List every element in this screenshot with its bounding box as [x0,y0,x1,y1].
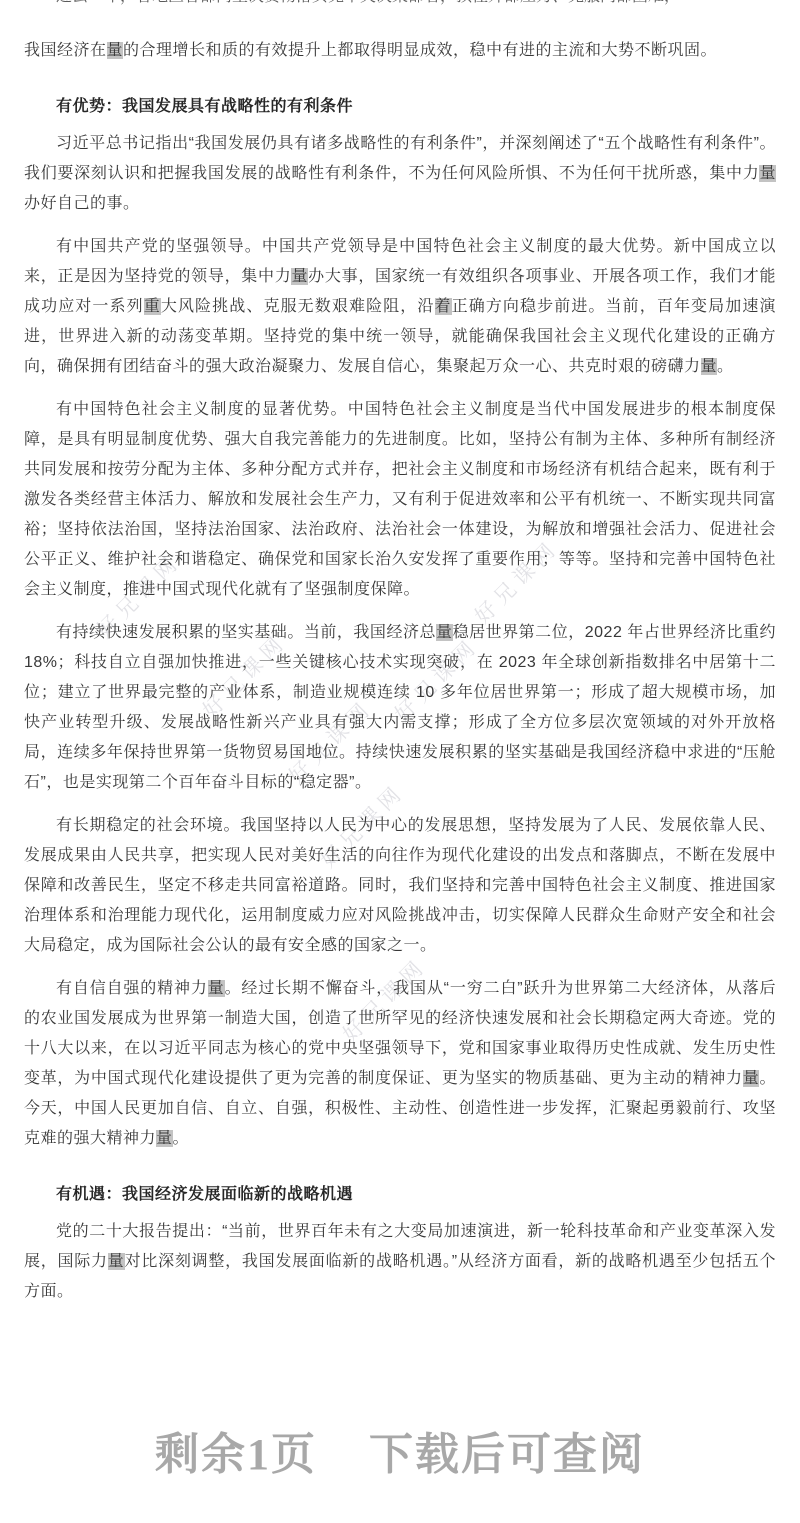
paragraph: 习近平总书记指出“我国发展仍具有诸多战略性的有利条件”，并深刻阐述了“五个战略性… [24,129,776,219]
highlighted-character: 量 [107,42,124,59]
remaining-pages-banner: 剩余1页下载后可查阅 [0,1418,800,1482]
remaining-pages-label: 剩余1页 [155,1430,317,1479]
text-run: 有自信自强的精神力 [56,980,208,997]
highlighted-character: 量 [701,358,718,375]
text-run: 我国经济在 [24,42,107,59]
highlighted-character: 量 [759,165,776,182]
highlighted-character: 量 [156,1130,173,1147]
paragraph: 有持续快速发展积累的坚实基础。当前，我国经济总量稳居世界第二位，2022 年占世… [24,618,776,798]
download-hint-label: 下载后可查阅 [369,1430,645,1479]
paragraph: 有自信自强的精神力量。经过长期不懈奋斗，我国从“一穷二白”跃升为世界第二大经济体… [24,974,776,1154]
highlighted-character: 量 [108,1253,125,1270]
highlighted-character: 量 [436,624,453,641]
clipped-top-line: 过去一年，各地区各部门坚决贯彻落实党中央决策部署，顶住外部压力、克服内部困难， [24,0,776,7]
highlighted-character: 量 [743,1070,760,1087]
highlighted-character: 量 [291,268,308,285]
text-run: 稳居世界第二位，2022 年占世界经济比重约 18%；科技自立自强加快推进，一些… [24,624,776,791]
text-run: 大风险挑战、克服无数艰难险阻，沿 [161,298,435,315]
highlighted-character: 着 [435,298,452,315]
paragraph-intro: 我国经济在量的合理增长和质的有效提升上都取得明显成效，稳中有进的主流和大势不断巩… [24,36,776,66]
text-run: 的合理增长和质的有效提升上都取得明显成效，稳中有进的主流和大势不断巩固。 [123,42,717,59]
paragraph: 有中国特色社会主义制度的显著优势。中国特色社会主义制度是当代中国发展进步的根本制… [24,395,776,605]
section-heading-advantages: 有优势：我国发展具有战略性的有利条件 [24,93,776,116]
text-run: 习近平总书记指出“我国发展仍具有诸多战略性的有利条件”，并深刻阐述了“五个战略性… [24,135,776,182]
paragraph: 有中国共产党的坚强领导。中国共产党领导是中国特色社会主义制度的最大优势。新中国成… [24,232,776,382]
text-run: 有中国特色社会主义制度的显著优势。中国特色社会主义制度是当代中国发展进步的根本制… [24,401,776,598]
text-run: 有持续快速发展积累的坚实基础。当前，我国经济总 [56,624,436,641]
document-page: 过去一年，各地区各部门坚决贯彻落实党中央决策部署，顶住外部压力、克服内部困难， … [0,0,800,1307]
paragraph: 有长期稳定的社会环境。我国坚持以人民为中心的发展思想，坚持发展为了人民、发展依靠… [24,811,776,961]
section-heading-opportunities: 有机遇：我国经济发展面临新的战略机遇 [24,1181,776,1204]
text-run: 办好自己的事。 [24,195,140,212]
highlighted-character: 量 [208,980,225,997]
clipped-line-text: 过去一年，各地区各部门坚决贯彻落实党中央决策部署，顶住外部压力、克服内部困难， [24,0,776,7]
text-run: 对比深刻调整，我国发展面临新的战略机遇。”从经济方面看，新的战略机遇至少包括五个… [24,1253,776,1300]
text-run: 有长期稳定的社会环境。我国坚持以人民为中心的发展思想，坚持发展为了人民、发展依靠… [24,817,776,954]
text-run: 。 [173,1130,190,1147]
highlighted-character: 重 [144,298,161,315]
paragraph: 党的二十大报告提出：“当前，世界百年未有之大变局加速演进，新一轮科技革命和产业变… [24,1217,776,1307]
text-run: 。 [717,358,734,375]
